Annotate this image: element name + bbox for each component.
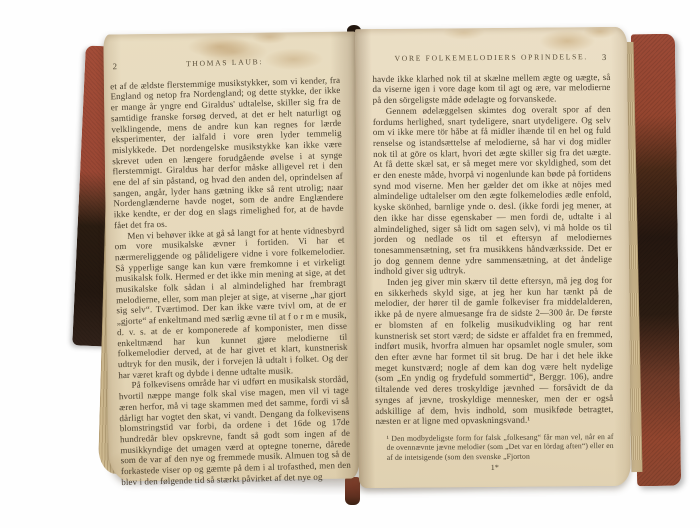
left-page: 2 THOMAS LAUB: et af de ældste flerstemm… (103, 31, 360, 481)
running-header-left: 2 THOMAS LAUB: (110, 55, 340, 72)
right-page-content: VORE FOLKEMELODIERS OPRINDELSE. 3 havde … (355, 27, 631, 488)
paragraph: Gennem ødelæggelsen skimtes dog overalt … (373, 104, 612, 277)
right-page: VORE FOLKEMELODIERS OPRINDELSE. 3 havde … (355, 27, 631, 488)
page-number-right: 3 (602, 52, 606, 63)
running-header-right: VORE FOLKEMELODIERS OPRINDELSE. 3 (372, 52, 610, 65)
open-book: 2 THOMAS LAUB: et af de ældste flerstemm… (0, 0, 700, 528)
paragraph: Inden jeg giver min skærv til dette efte… (374, 275, 613, 427)
paragraph: Men vi behøver ikke at gå så langt for a… (114, 224, 348, 380)
paragraph: et af de ældste flerstemmige musikstykke… (110, 75, 344, 231)
left-page-content: 2 THOMAS LAUB: et af de ældste flerstemm… (100, 30, 364, 484)
page-number-left: 2 (113, 61, 118, 72)
signature-mark: 1* (376, 462, 614, 475)
footnote: ¹ Den modbydeligste form for falsk „folk… (376, 432, 614, 462)
running-header-text: VORE FOLKEMELODIERS OPRINDELSE. (395, 52, 588, 63)
book-photograph: 2 THOMAS LAUB: et af de ældste flerstemm… (0, 0, 700, 528)
paragraph: havde ikke klarhed nok til at skælne mel… (372, 72, 610, 106)
running-header-text: THOMAS LAUB: (186, 57, 263, 68)
paragraph: På folkevisens område har vi udført en m… (118, 374, 351, 487)
